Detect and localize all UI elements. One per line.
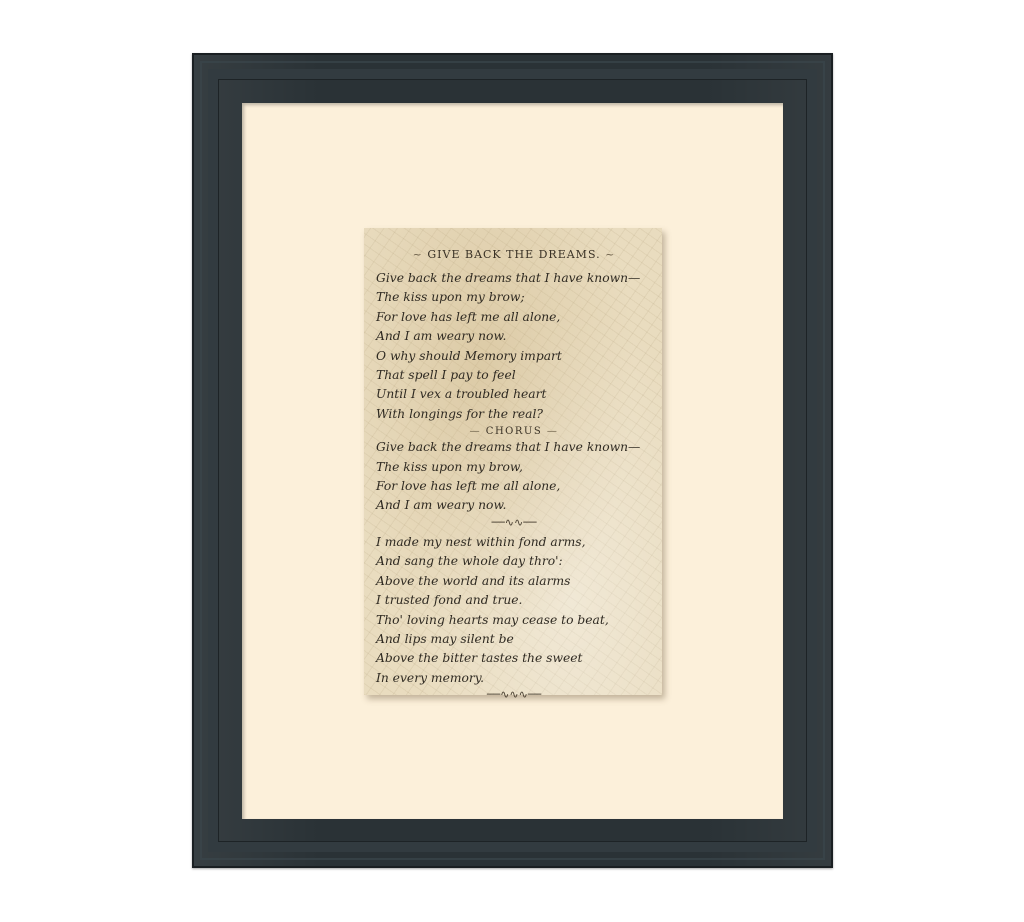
verse-2: I made my nest within fond arms, And san… xyxy=(376,533,652,688)
chorus-line: And I am weary now. xyxy=(376,496,652,515)
verse-line: That spell I pay to feel xyxy=(376,366,652,385)
verse-1: Give back the dreams that I have known— … xyxy=(376,269,652,424)
chorus-line: Give back the dreams that I have known— xyxy=(376,438,652,457)
verse-line: And I am weary now. xyxy=(376,327,652,346)
verse-line: In every memory. xyxy=(376,669,652,688)
verse-line: Tho' loving hearts may cease to beat, xyxy=(376,611,652,630)
verse-line: Above the bitter tastes the sweet xyxy=(376,649,652,668)
verse-line: I trusted fond and true. xyxy=(376,591,652,610)
manuscript-page: GIVE BACK THE DREAMS. Give back the drea… xyxy=(364,228,662,695)
verse-line: For love has left me all alone, xyxy=(376,308,652,327)
verse-line: With longings for the real? xyxy=(376,405,652,424)
verse-line: And sang the whole day thro': xyxy=(376,552,652,571)
chorus-line: For love has left me all alone, xyxy=(376,477,652,496)
flourish-divider: ──∿∿── xyxy=(376,516,652,530)
chorus: Give back the dreams that I have known— … xyxy=(376,438,652,516)
chorus-line: The kiss upon my brow, xyxy=(376,458,652,477)
verse-line: The kiss upon my brow; xyxy=(376,288,652,307)
verse-line: Above the world and its alarms xyxy=(376,572,652,591)
verse-line: Give back the dreams that I have known— xyxy=(376,269,652,288)
end-flourish: ──∿∿∿── xyxy=(376,688,652,702)
manuscript-title: GIVE BACK THE DREAMS. xyxy=(376,248,652,261)
picture-frame: GIVE BACK THE DREAMS. Give back the drea… xyxy=(192,53,833,868)
verse-line: And lips may silent be xyxy=(376,630,652,649)
verse-line: O why should Memory impart xyxy=(376,347,652,366)
cream-mat: GIVE BACK THE DREAMS. Give back the drea… xyxy=(242,103,783,819)
verse-line: I made my nest within fond arms, xyxy=(376,533,652,552)
chorus-heading: CHORUS xyxy=(376,426,652,437)
verse-line: Until I vex a troubled heart xyxy=(376,385,652,404)
